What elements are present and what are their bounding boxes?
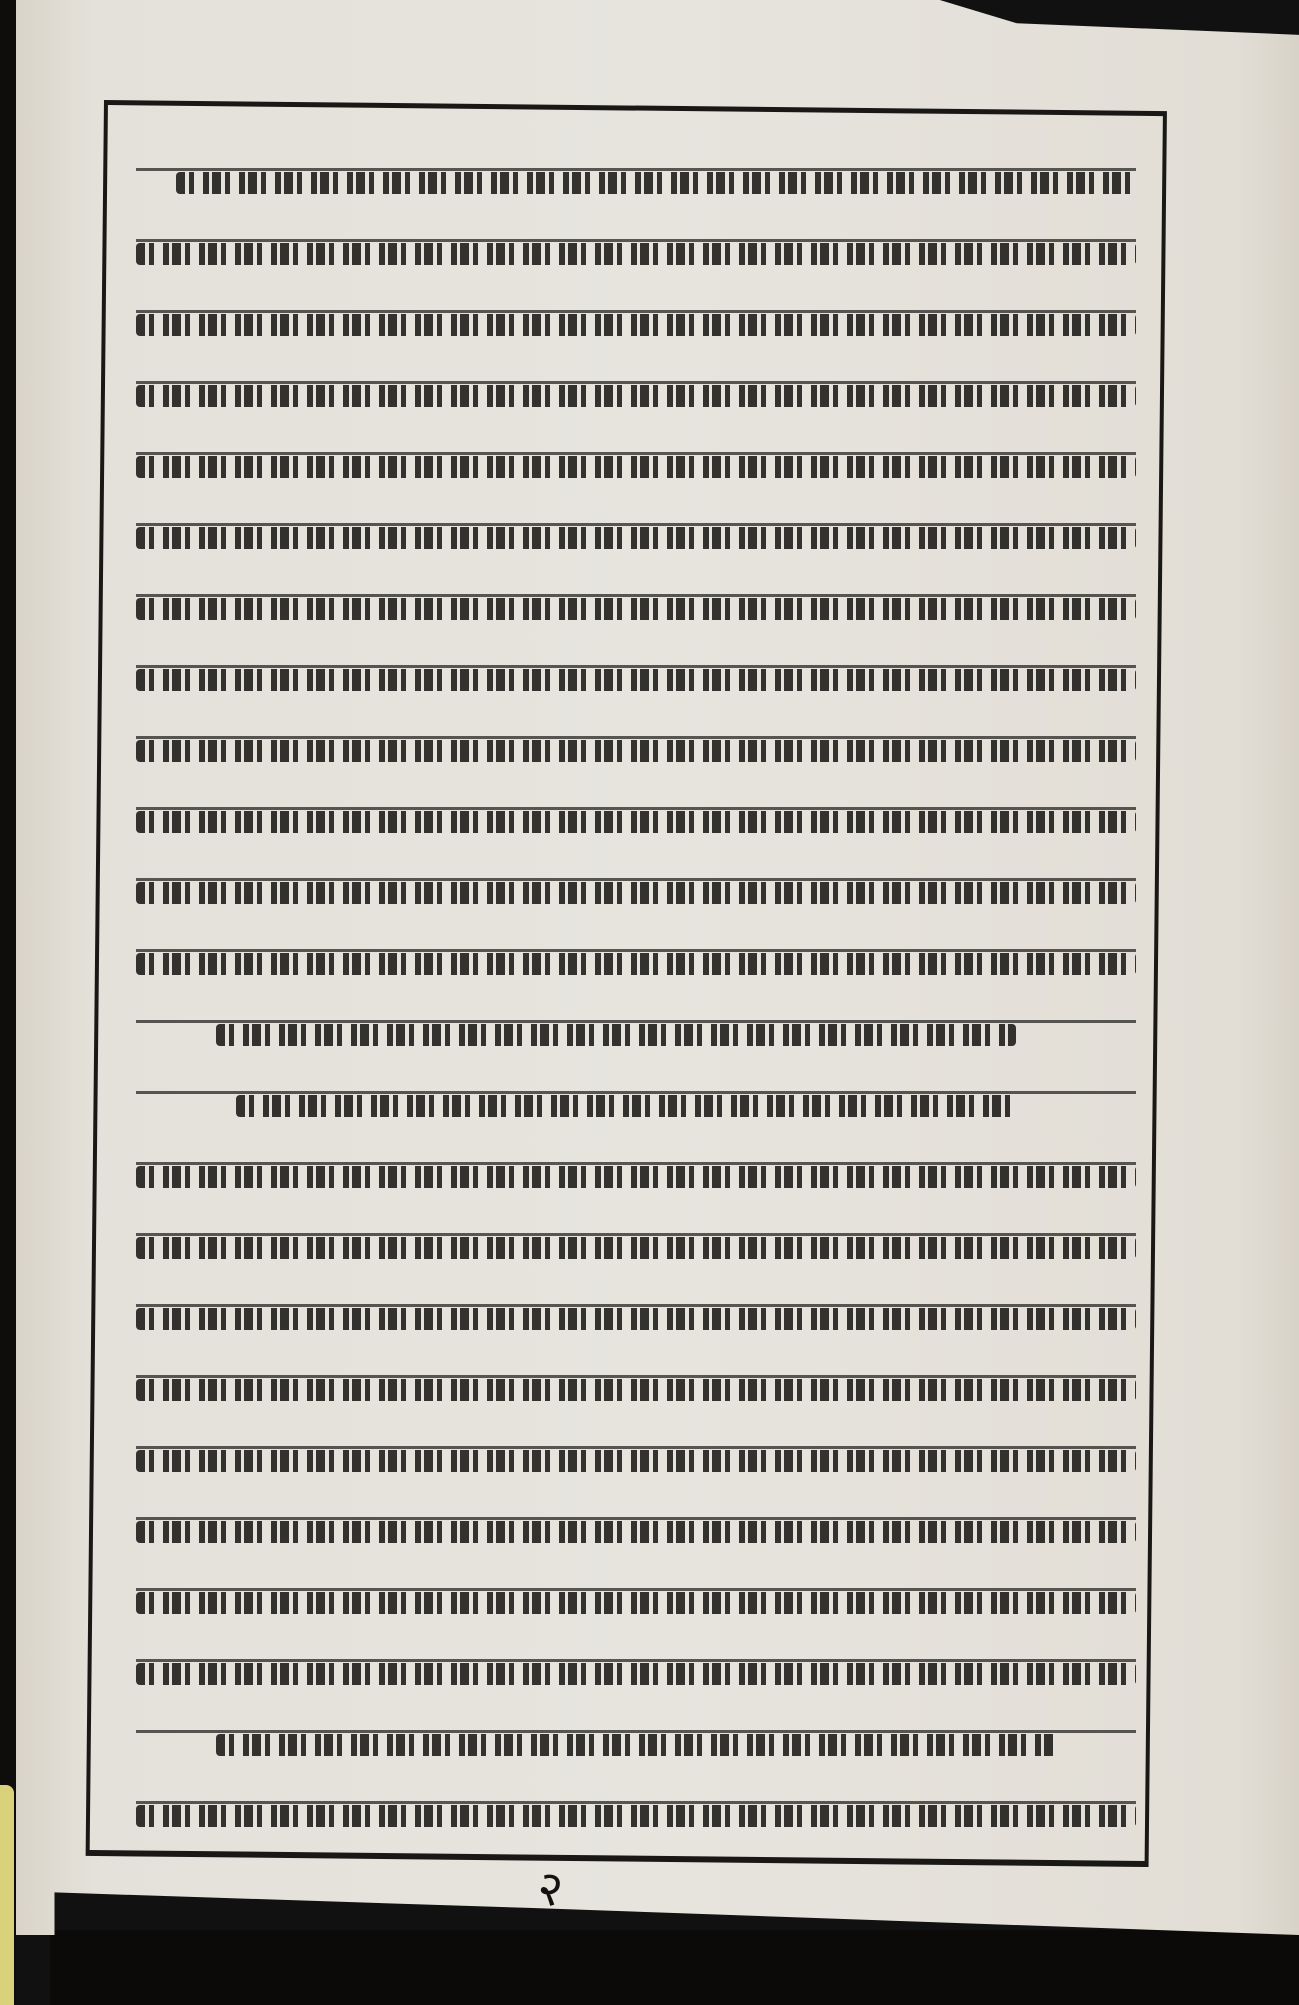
text-line: line 9 <box>136 718 1136 778</box>
text-line: line 18 <box>136 1357 1136 1417</box>
text-line: line 17 <box>136 1286 1136 1346</box>
text-line: line 5 <box>136 434 1136 494</box>
text-line: line 11 <box>136 860 1136 920</box>
manuscript-text-block: line 1 line 2 line 3 line 4 line 5 line … <box>136 150 1136 1854</box>
text-line: line 3 <box>136 292 1136 352</box>
text-line: line 13 <box>136 1002 1136 1062</box>
text-line: line 8 <box>136 647 1136 707</box>
text-line: line 2 <box>136 221 1136 281</box>
scan-edge-left <box>0 0 16 2005</box>
text-line: line 19 <box>136 1428 1136 1488</box>
scan-background-bottom <box>50 1930 1299 2005</box>
yellow-bookmark-tab <box>0 1785 14 2005</box>
text-line: line 20 <box>136 1499 1136 1559</box>
text-line: line 16 <box>136 1215 1136 1275</box>
text-line: line 10 <box>136 789 1136 849</box>
text-line: line 7 <box>136 576 1136 636</box>
text-line: line 6 <box>136 505 1136 565</box>
text-line: line 15 <box>136 1144 1136 1204</box>
text-line: line 1 <box>136 150 1136 210</box>
text-line: line 24 <box>136 1783 1136 1843</box>
manuscript-page: line 1 line 2 line 3 line 4 line 5 line … <box>16 0 1299 1935</box>
text-line: line 21 <box>136 1570 1136 1630</box>
text-line: line 23 <box>136 1712 1136 1772</box>
text-line: line 4 <box>136 363 1136 423</box>
text-line: line 14 <box>136 1073 1136 1133</box>
page-number: २ <box>534 1854 568 1922</box>
text-line: line 22 <box>136 1641 1136 1701</box>
text-line: line 12 <box>136 931 1136 991</box>
